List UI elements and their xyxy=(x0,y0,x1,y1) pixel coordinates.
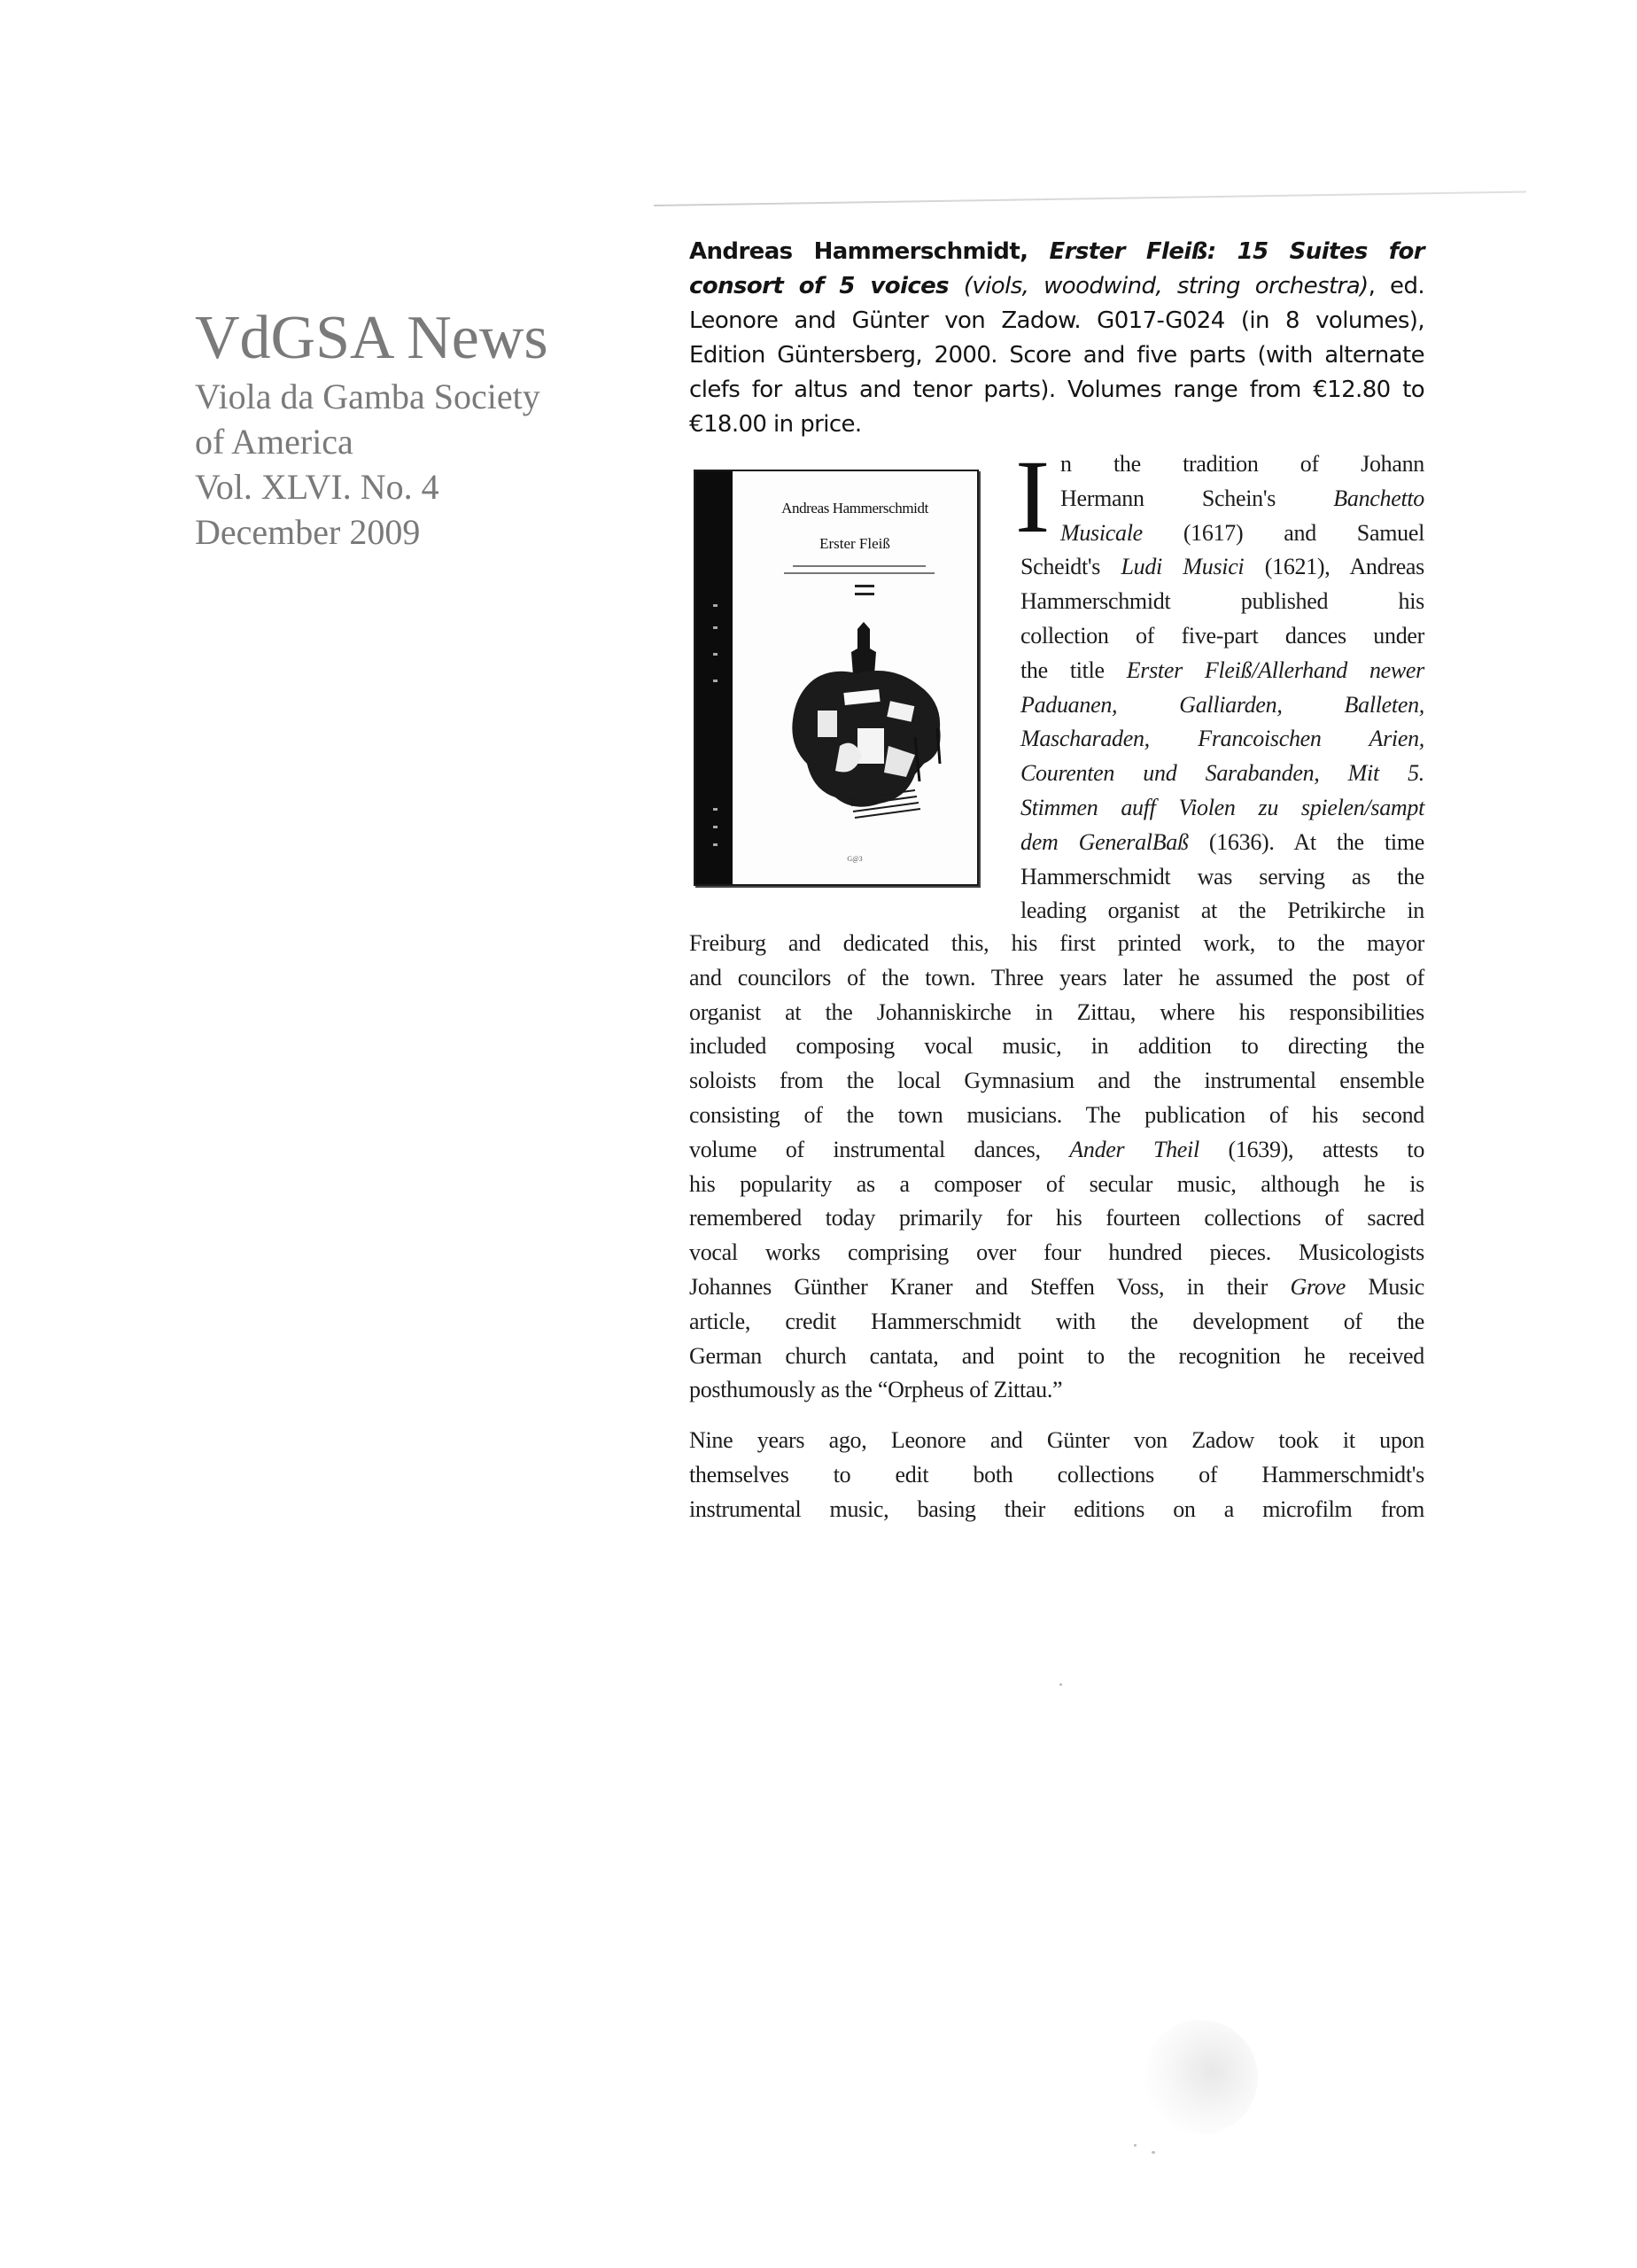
spine-mark xyxy=(713,604,718,607)
article-paragraph-2: Nine years ago, Leonore and Günter von Z… xyxy=(689,1424,1424,1526)
article-body: Freiburg and dedicated this, his first p… xyxy=(689,927,1424,1527)
article-opening-column: I n the tradition of JohannHermann Schei… xyxy=(1020,447,1424,928)
cover-suite-label xyxy=(855,593,874,595)
text-line: dem GeneralBaß (1636). At the time xyxy=(1020,826,1424,860)
text-line: Freiburg and dedicated this, his first p… xyxy=(689,927,1424,961)
text-line: included composing vocal music, in addit… xyxy=(689,1029,1424,1064)
cover-subtitle-line xyxy=(784,572,935,574)
spine-mark xyxy=(713,653,718,656)
article-opening-lines: n the tradition of JohannHermann Schein'… xyxy=(1020,447,1424,928)
cover-subtitle-line xyxy=(793,565,926,567)
text-line: Hermann Schein's Banchetto xyxy=(1020,482,1424,517)
spine-mark xyxy=(713,680,718,682)
text-line: Scheidt's Ludi Musici (1621), Andreas xyxy=(1020,550,1424,585)
text-line: German church cantata, and point to the … xyxy=(689,1340,1424,1374)
text-line: remembered today primarily for his fourt… xyxy=(689,1201,1424,1236)
spine-mark xyxy=(713,826,718,828)
text-line: vocal works comprising over four hundred… xyxy=(689,1236,1424,1270)
text-line: posthumously as the “Orpheus of Zittau.” xyxy=(689,1373,1424,1408)
text-line: article, credit Hammerschmidt with the d… xyxy=(689,1305,1424,1340)
review-citation-heading: Andreas Hammerschmidt, Erster Fleiß: 15 … xyxy=(689,235,1424,442)
organization-name-line-1: Viola da Gamba Society xyxy=(195,374,620,419)
organization-name-line-2: of America xyxy=(195,419,620,464)
scan-speck xyxy=(1059,1683,1062,1686)
text-line: Stimmen auff Violen zu spielen/sampt xyxy=(1020,791,1424,826)
text-line: Mascharaden, Francoischen Arien, xyxy=(1020,722,1424,757)
spine-mark xyxy=(713,808,718,811)
text-line: collection of five-part dances under xyxy=(1020,619,1424,654)
text-line: soloists from the local Gymnasium and th… xyxy=(689,1064,1424,1099)
newsletter-masthead: VdGSA News Viola da Gamba Society of Ame… xyxy=(195,303,620,555)
text-line: Paduanen, Galliarden, Balleten, xyxy=(1020,688,1424,723)
cover-author: Andreas Hammerschmidt xyxy=(740,500,970,517)
cover-illustration-icon xyxy=(773,622,950,826)
text-line: organist at the Johanniskirche in Zittau… xyxy=(689,996,1424,1030)
spine-mark xyxy=(713,843,718,846)
scan-speck xyxy=(1134,2144,1137,2147)
newsletter-title: VdGSA News xyxy=(195,303,620,374)
text-line: the title Erster Fleiß/Allerhand newer xyxy=(1020,654,1424,688)
text-line: Hammerschmidt was serving as the xyxy=(1020,860,1424,895)
top-rule-divider xyxy=(654,191,1526,206)
book-cover-image: Andreas Hammerschmidt Erster Fleiß G@3 xyxy=(694,470,979,886)
cover-publisher-mark: G@3 xyxy=(740,855,970,863)
composer-name: Andreas Hammerschmidt, xyxy=(689,238,1028,265)
scan-smudge xyxy=(1143,2020,1258,2135)
scan-speck xyxy=(1152,2151,1155,2154)
article-paragraph-1: Freiburg and dedicated this, his first p… xyxy=(689,927,1424,1408)
cover-spine xyxy=(695,471,733,884)
issue-date: December 2009 xyxy=(195,509,620,555)
text-line: and councilors of the town. Three years … xyxy=(689,961,1424,996)
text-line: his popularity as a composer of secular … xyxy=(689,1168,1424,1202)
instrumentation: (viols, woodwind, string orchestra) xyxy=(949,273,1369,299)
drop-cap: I xyxy=(1015,454,1050,540)
text-line: leading organist at the Petrikirche in xyxy=(1020,894,1424,928)
text-line: instrumental music, basing their edition… xyxy=(689,1493,1424,1527)
text-line: Courenten und Sarabanden, Mit 5. xyxy=(1020,757,1424,791)
cover-title: Erster Fleiß xyxy=(740,535,970,553)
spine-mark xyxy=(713,626,718,629)
text-line: Nine years ago, Leonore and Günter von Z… xyxy=(689,1424,1424,1458)
text-line: n the tradition of Johann xyxy=(1020,447,1424,482)
text-line: Hammerschmidt published his xyxy=(1020,585,1424,619)
text-line: consisting of the town musicians. The pu… xyxy=(689,1099,1424,1133)
text-line: themselves to edit both collections of H… xyxy=(689,1458,1424,1493)
issue-volume: Vol. XLVI. No. 4 xyxy=(195,464,620,509)
text-line: volume of instrumental dances, Ander The… xyxy=(689,1133,1424,1168)
text-line: Musicale (1617) and Samuel xyxy=(1020,517,1424,551)
text-line: Johannes Günther Kraner and Steffen Voss… xyxy=(689,1270,1424,1305)
cover-suite-label xyxy=(855,585,874,587)
